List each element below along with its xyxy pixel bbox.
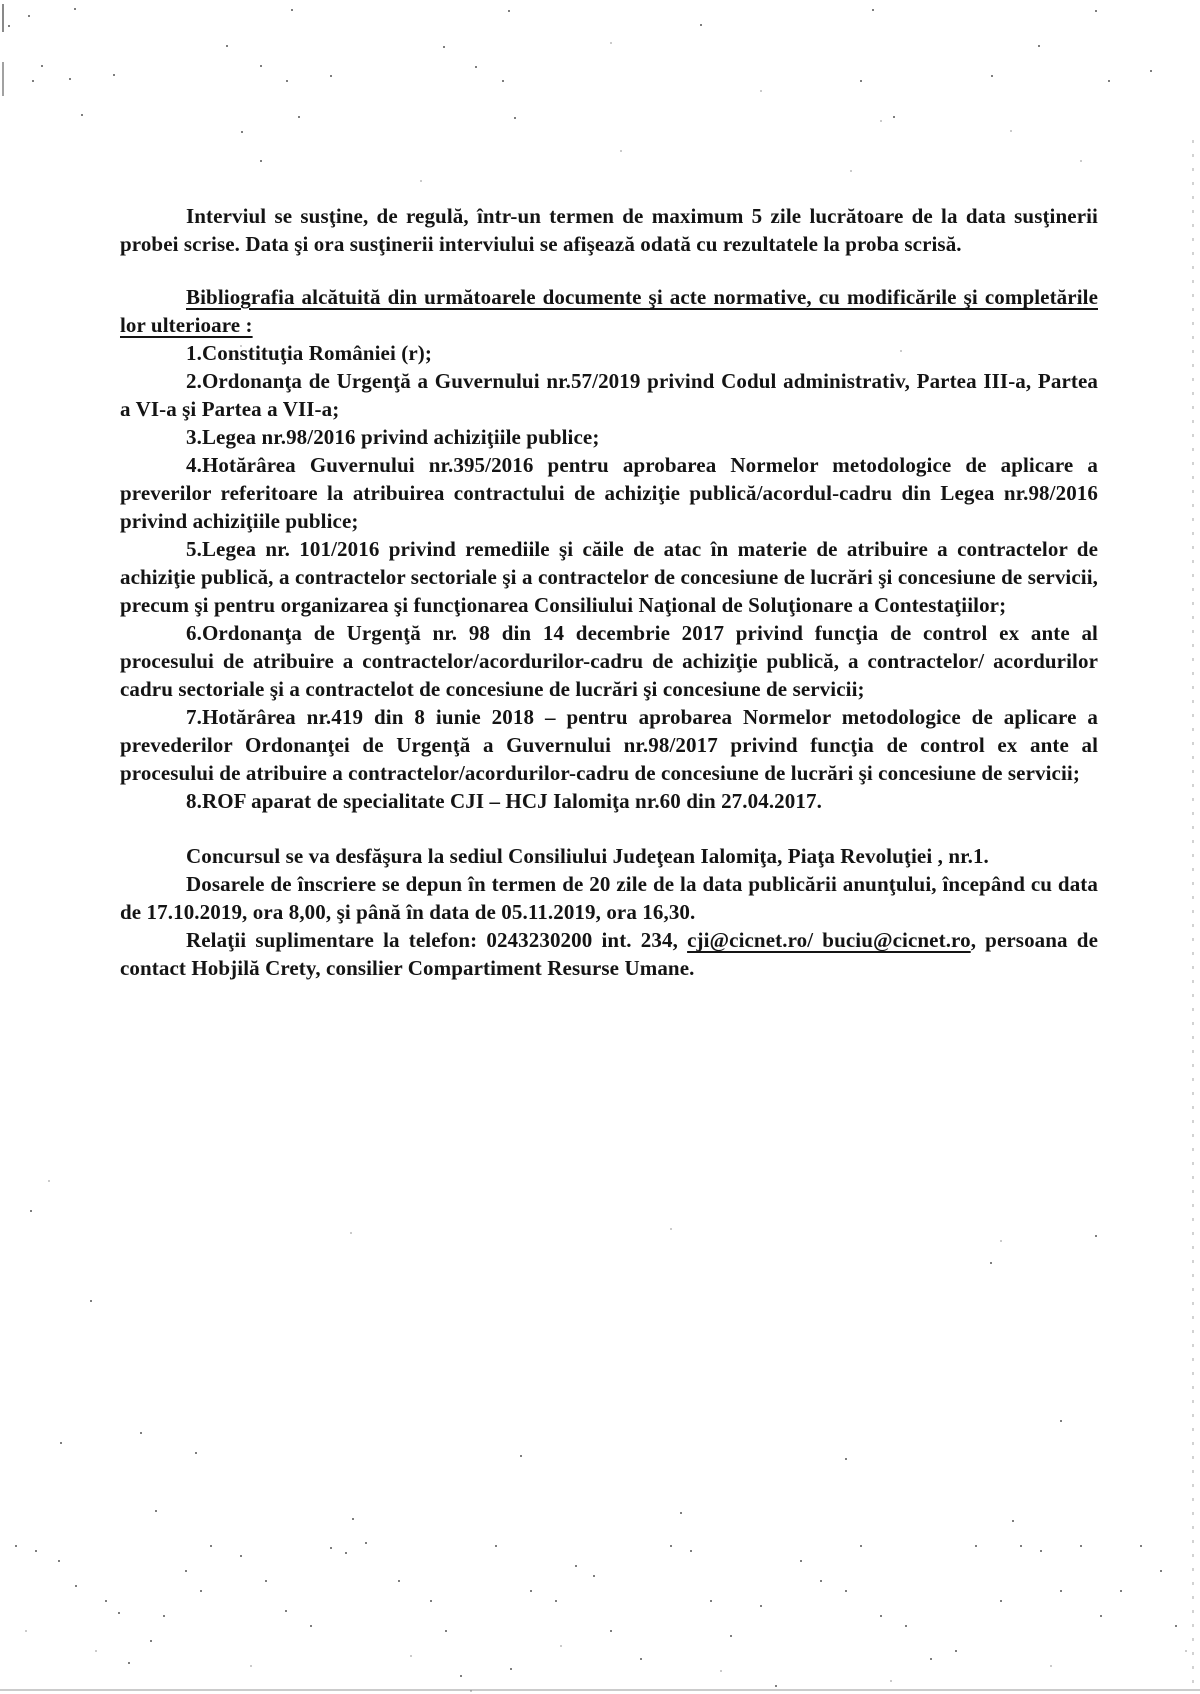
bibliography-item-5: 5.Legea nr. 101/2016 privind remediile ş… — [120, 535, 1098, 619]
bibliography-item-1: 1.Constituţia României (r); — [120, 339, 1098, 367]
scan-edge-mark — [2, 4, 4, 32]
scan-noise-dots-faint — [0, 0, 2, 2]
document-body: Interviul se susţine, de regulă, într-un… — [120, 202, 1098, 982]
bibliography-item-8: 8.ROF aparat de specialitate CJI – HCJ I… — [120, 787, 1098, 815]
contact-text-prefix: Relaţii suplimentare la telefon: 0243230… — [186, 928, 687, 952]
bibliography-item-3: 3.Legea nr.98/2016 privind achiziţiile p… — [120, 423, 1098, 451]
bibliography-heading: Bibliografia alcătuită din următoarele d… — [120, 283, 1098, 339]
scan-edge-mark — [2, 62, 4, 96]
scan-edge-dashed-line — [1192, 140, 1194, 1690]
deadline-paragraph: Dosarele de înscriere se depun în termen… — [120, 870, 1098, 926]
contact-paragraph: Relaţii suplimentare la telefon: 0243230… — [120, 926, 1098, 982]
contact-email-addresses: cji@cicnet.ro/ buciu@cicnet.ro — [687, 928, 971, 952]
scanned-document-page: Interviul se susţine, de regulă, într-un… — [0, 0, 1200, 1694]
bibliography-item-7: 7.Hotărârea nr.419 din 8 iunie 2018 – pe… — [120, 703, 1098, 787]
scan-bottom-edge-line — [0, 1689, 1200, 1691]
venue-paragraph: Concursul se va desfăşura la sediul Cons… — [120, 842, 1098, 870]
bibliography-item-4: 4.Hotărârea Guvernului nr.395/2016 pentr… — [120, 451, 1098, 535]
bibliography-item-2: 2.Ordonanţa de Urgenţă a Guvernului nr.5… — [120, 367, 1098, 423]
bibliography-item-6: 6.Ordonanţa de Urgenţă nr. 98 din 14 dec… — [120, 619, 1098, 703]
intro-paragraph: Interviul se susţine, de regulă, într-un… — [120, 202, 1098, 258]
